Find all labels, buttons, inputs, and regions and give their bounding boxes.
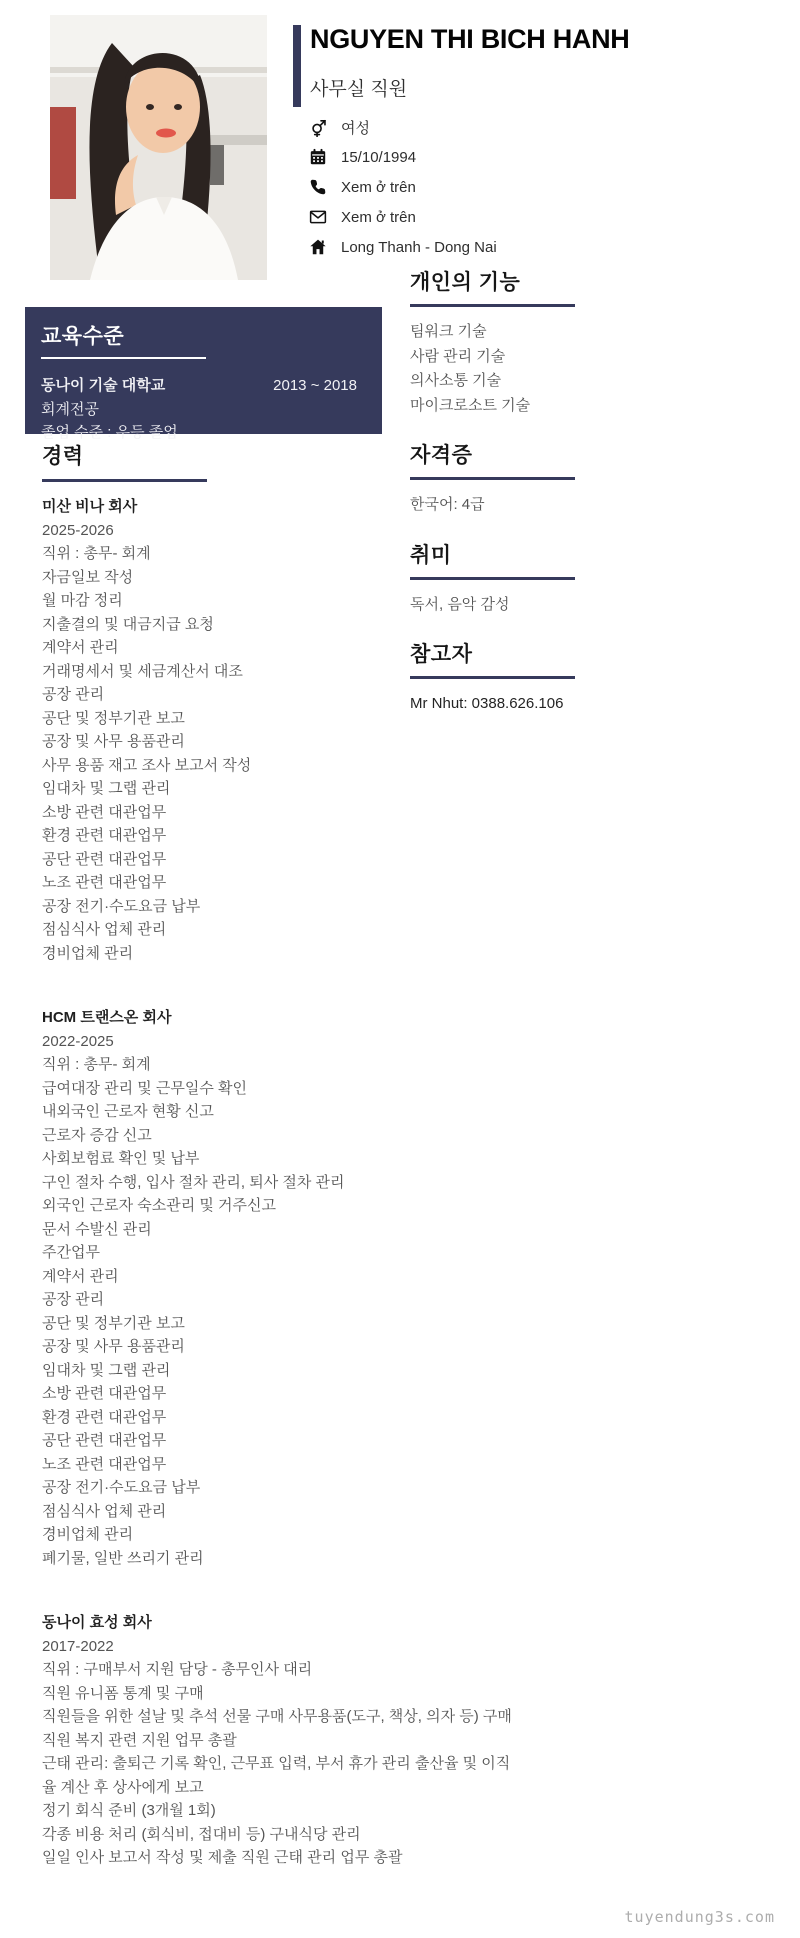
job-duty-line: 일일 인사 보고서 작성 및 제출 직원 근태 관리 업무 총괄 [42, 1846, 512, 1870]
site-watermark: tuyendung3s.com [625, 1908, 775, 1926]
job-duty-line: 각종 비용 처리 (회식비, 접대비 등) 구내식당 관리 [42, 1823, 512, 1847]
contact-row-birthdate: 15/10/1994 [308, 142, 497, 172]
skill-item: 의사소통 기술 [410, 369, 650, 394]
career-underline [42, 479, 207, 482]
job-duty-line: 주간업무 [42, 1241, 512, 1265]
birthdate-value: 15/10/1994 [341, 149, 416, 166]
job-duty-line: 계약서 관리 [42, 1265, 512, 1289]
job-duty-line: 공단 관련 대관업무 [42, 848, 512, 872]
job-duty-line: 경비업체 관리 [42, 1523, 512, 1547]
contact-row-address: Long Thanh - Dong Nai [308, 232, 497, 262]
job-duty-line: 2025-2026 [42, 519, 512, 543]
skills-heading: 개인의 기능 [410, 266, 650, 296]
job-entry-2: HCM 트랜스온 회사 2022-2025 직위 : 총무- 회계 급여대장 관… [42, 1006, 512, 1570]
career-heading: 경력 [42, 440, 512, 470]
job-duty-line: 환경 관련 대관업무 [42, 824, 512, 848]
job-duty-line: 소방 관련 대관업무 [42, 801, 512, 825]
job-title: 사무실 직원 [310, 74, 407, 101]
job-duty-line: 임대차 및 그랩 관리 [42, 1359, 512, 1383]
job-duty-line: 공장 전기·수도요금 납부 [42, 1476, 512, 1500]
calendar-icon [308, 147, 328, 167]
job-duty-line: 공단 관련 대관업무 [42, 1429, 512, 1453]
job-duty-line: 공장 및 사무 용품관리 [42, 730, 512, 754]
phone-value: Xem ở trên [341, 179, 416, 196]
profile-photo [50, 15, 267, 280]
skill-item: 팀워크 기술 [410, 320, 650, 345]
job-duty-line: 내외국인 근로자 현황 신고 [42, 1100, 512, 1124]
education-period: 2013 ~ 2018 [273, 374, 357, 398]
job-duty-line: 직원들을 위한 설날 및 추석 선물 구매 사무용품(도구, 책상, 의자 등)… [42, 1705, 512, 1752]
job-duty-line: 문서 수발신 관리 [42, 1218, 512, 1242]
job-duty-line: 계약서 관리 [42, 636, 512, 660]
education-box: 교육수준 동나이 기술 대학교 2013 ~ 2018 회계전공 졸업 수준 :… [25, 307, 382, 434]
job-duty-line: 직위 : 총무- 회계 [42, 1053, 512, 1077]
contact-list: 여성 15/10/1994 Xem ở trên Xem ở trên Long… [308, 112, 497, 262]
job-duty-line: 폐기물, 일반 쓰리기 관리 [42, 1547, 512, 1571]
job-duty-line: 직위 : 총무- 회계 [42, 542, 512, 566]
career-section: 경력 미산 비나 회사 2025-2026 직위 : 총무- 회계 자금일보 작… [42, 440, 512, 1870]
job-duty-line: 외국인 근로자 숙소관리 및 거주신고 [42, 1194, 512, 1218]
education-school: 동나이 기술 대학교 [41, 374, 165, 398]
address-value: Long Thanh - Dong Nai [341, 239, 497, 256]
email-value: Xem ở trên [341, 209, 416, 226]
job-duty-line: 공단 및 정부기관 보고 [42, 1312, 512, 1336]
job-duty-line: 정기 회식 준비 (3개월 1회) [42, 1799, 512, 1823]
profile-photo-illustration [50, 15, 267, 280]
job-duty-line: 급여대장 관리 및 근무일수 확인 [42, 1077, 512, 1101]
job-duty-line: 직위 : 구매부서 지원 담당 - 총무인사 대리 [42, 1658, 512, 1682]
section-skills: 개인의 기능 팀워크 기술 사람 관리 기술 의사소통 기술 마이크로소트 기술 [410, 266, 650, 418]
job-company: HCM 트랜스온 회사 [42, 1006, 512, 1030]
job-company: 동나이 효성 회사 [42, 1611, 512, 1635]
job-duty-line: 임대차 및 그랩 관리 [42, 777, 512, 801]
job-entry-1: 미산 비나 회사 2025-2026 직위 : 총무- 회계 자금일보 작성 월… [42, 495, 512, 965]
education-school-row: 동나이 기술 대학교 2013 ~ 2018 [41, 374, 357, 398]
email-icon [308, 207, 328, 227]
job-duty-line: 공장 전기·수도요금 납부 [42, 895, 512, 919]
education-underline [41, 357, 206, 359]
job-duty-line: 2022-2025 [42, 1030, 512, 1054]
skills-underline [410, 304, 575, 307]
job-duty-line: 노조 관련 대관업무 [42, 871, 512, 895]
job-entry-3: 동나이 효성 회사 2017-2022 직위 : 구매부서 지원 담당 - 총무… [42, 1611, 512, 1870]
phone-icon [308, 177, 328, 197]
home-icon [308, 237, 328, 257]
job-duty-line: 공장 및 사무 용품관리 [42, 1335, 512, 1359]
contact-row-gender: 여성 [308, 112, 497, 142]
education-heading: 교육수준 [41, 320, 357, 350]
skill-item: 마이크로소트 기술 [410, 394, 650, 419]
contact-row-phone: Xem ở trên [308, 172, 497, 202]
job-duty-line: 근로자 증감 신고 [42, 1124, 512, 1148]
job-duty-line: 경비업체 관리 [42, 942, 512, 966]
job-duty-line: 점심식사 업체 관리 [42, 1500, 512, 1524]
education-major: 회계전공 [41, 398, 357, 422]
gender-value: 여성 [341, 117, 370, 138]
job-duty-line: 2017-2022 [42, 1635, 512, 1659]
job-duty-line: 자금일보 작성 [42, 566, 512, 590]
name-accent-bar [293, 25, 301, 107]
gender-icon [308, 117, 328, 137]
job-duty-line: 공단 및 정부기관 보고 [42, 707, 512, 731]
job-duty-line: 환경 관련 대관업무 [42, 1406, 512, 1430]
job-duty-line: 공장 관리 [42, 683, 512, 707]
skill-item: 사람 관리 기술 [410, 345, 650, 370]
job-duty-line: 사무 용품 재고 조사 보고서 작성 [42, 754, 512, 778]
job-duty-line: 거래명세서 및 세금계산서 대조 [42, 660, 512, 684]
job-duty-line: 점심식사 업체 관리 [42, 918, 512, 942]
job-duty-line: 지출결의 및 대금지급 요청 [42, 613, 512, 637]
contact-row-email: Xem ở trên [308, 202, 497, 232]
job-duty-line: 근태 관리: 출퇴근 기록 확인, 근무표 입력, 부서 휴가 관리 출산율 및… [42, 1752, 512, 1799]
job-duty-line: 노조 관련 대관업무 [42, 1453, 512, 1477]
job-duty-line: 소방 관련 대관업무 [42, 1382, 512, 1406]
job-duty-line: 구인 절차 수행, 입사 절차 관리, 퇴사 절차 관리 [42, 1171, 512, 1195]
job-company: 미산 비나 회사 [42, 495, 512, 519]
resume-page: NGUYEN THI BICH HANH 사무실 직원 여성 15/10/199… [0, 0, 800, 1938]
job-duty-line: 월 마감 정리 [42, 589, 512, 613]
job-duty-line: 사회보험료 확인 및 납부 [42, 1147, 512, 1171]
job-duty-line: 직원 유니폼 통계 및 구매 [42, 1682, 512, 1706]
job-duty-line: 공장 관리 [42, 1288, 512, 1312]
candidate-name: NGUYEN THI BICH HANH [310, 24, 630, 55]
